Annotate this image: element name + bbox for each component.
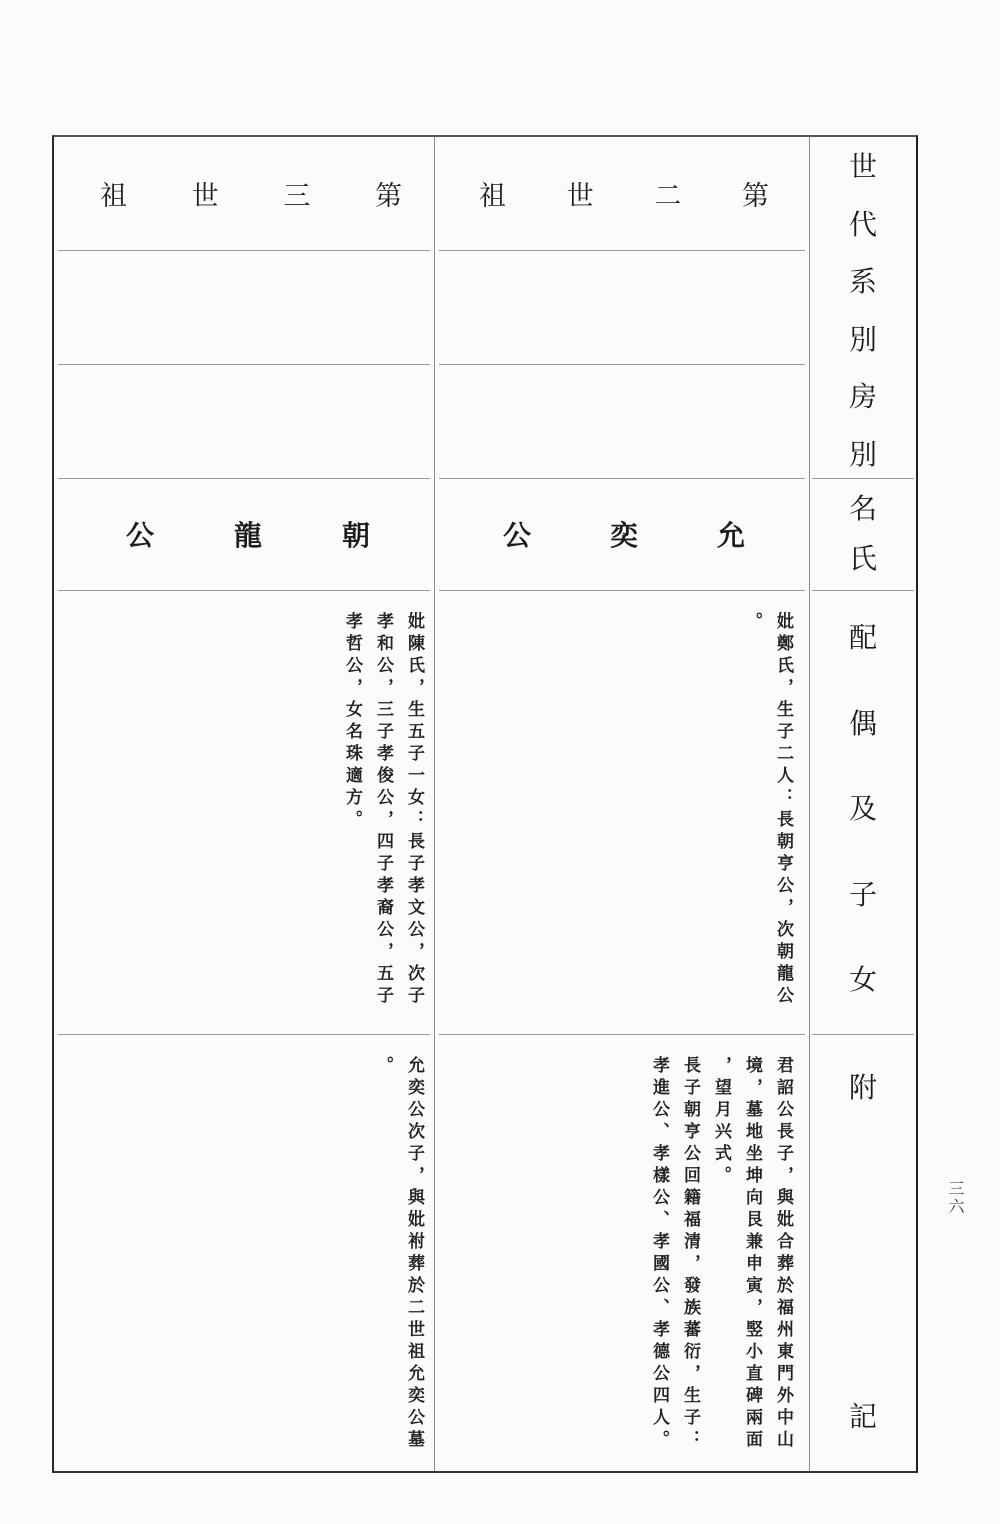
notes-line: 。: [368, 1056, 397, 1078]
name-char: 公: [126, 514, 154, 554]
heading-char: 第: [375, 174, 402, 213]
notes-cell: 允奕公次子，與妣祔葬於二世祖允奕公墓 。: [58, 1034, 430, 1471]
label-char: 記: [849, 1403, 877, 1431]
branch-blank-cell: [58, 364, 430, 478]
notes-line: 孝進公、孝樣公、孝國公、孝德公四人。: [644, 1056, 673, 1452]
spouse-children-cell: 妣陳氏，生五子一女：長子孝文公，次子 孝和公，三子孝俊公，四子孝裔公，五子 孝哲…: [58, 590, 430, 1034]
heading-char: 祖: [100, 174, 127, 213]
ancestor-name: 朝 龍 公: [58, 478, 430, 590]
name-char: 允: [717, 514, 745, 554]
notes-line: 境，墓地坐坤向艮兼申寅，竪小直碑兩面: [737, 1056, 766, 1452]
label-name: 名 氏: [810, 478, 916, 590]
column-third-generation: 第 三 世 祖 朝 龍 公 妣陳氏，生五子一女：長子孝文公，次子 孝和公，三子孝…: [54, 137, 435, 1471]
ancestor-name: 允 奕 公: [439, 478, 805, 590]
name-char: 奕: [610, 514, 638, 554]
label-char: 及: [849, 795, 877, 823]
name-char: 公: [503, 514, 531, 554]
label-char: 世: [849, 153, 877, 181]
spouse-children-line: 。: [737, 612, 766, 634]
page-number: 三六: [944, 1180, 967, 1216]
spouse-children-cell: 妣鄭氏，生子二人：長朝亨公，次朝龍公 。: [439, 590, 805, 1034]
name-cell: 允 奕 公: [439, 478, 805, 590]
heading-char: 祖: [479, 174, 506, 213]
label-char: 代: [849, 211, 877, 239]
spouse-children-line: 孝和公，三子孝俊公，四子孝裔公，五子: [368, 612, 397, 1008]
label-char: 別: [849, 326, 877, 354]
label-char: 女: [849, 966, 877, 994]
name-cell: 朝 龍 公: [58, 478, 430, 590]
genealogy-table: 第 三 世 祖 朝 龍 公 妣陳氏，生五子一女：長子孝文公，次子 孝和公，三子孝…: [52, 135, 918, 1473]
heading-char: 二: [654, 174, 681, 213]
label-char: 子: [849, 881, 877, 909]
generation-heading-cell: 第 二 世 祖: [439, 137, 805, 250]
name-char: 龍: [234, 514, 262, 554]
spouse-children-line: 孝哲公，女名珠適方。: [337, 612, 366, 832]
notes-line: ，望月兴式。: [706, 1056, 735, 1188]
label-spouse-children: 配 偶 及 子 女: [810, 590, 916, 1034]
heading-char: 世: [567, 174, 594, 213]
label-lineage-branch: 世 代 系 別 房 別: [810, 143, 916, 477]
label-notes: 附 記: [810, 1034, 916, 1471]
label-char: 偶: [849, 710, 877, 738]
label-char: 別: [849, 441, 877, 469]
column-row-labels: 世 代 系 別 房 別 名 氏 配 偶 及 子 女 附 記: [810, 137, 916, 1471]
generation-heading: 第 三 世 祖: [58, 137, 430, 250]
column-second-generation: 第 二 世 祖 允 奕 公 妣鄭氏，生子二人：長朝亨公，次朝龍公 。 君詔公長子…: [435, 137, 810, 1471]
label-char: 房: [849, 383, 877, 411]
name-char: 朝: [342, 514, 370, 554]
spouse-children-line: 妣鄭氏，生子二人：長朝亨公，次朝龍公: [768, 612, 797, 1008]
notes-line: 長子朝亨公回籍福清，發族蕃衍，生子：: [675, 1056, 704, 1452]
spouse-children-line: 妣陳氏，生五子一女：長子孝文公，次子: [399, 612, 428, 1008]
label-char: 附: [849, 1074, 877, 1102]
branch-blank-cell: [439, 364, 805, 478]
lineage-blank-cell: [58, 250, 430, 364]
generation-heading: 第 二 世 祖: [439, 137, 805, 250]
notes-line: 允奕公次子，與妣祔葬於二世祖允奕公墓: [399, 1056, 428, 1452]
heading-char: 第: [742, 174, 769, 213]
label-char: 系: [849, 268, 877, 296]
heading-char: 三: [283, 174, 310, 213]
generation-heading-cell: 第 三 世 祖: [58, 137, 430, 250]
label-char: 名: [849, 495, 877, 523]
label-char: 配: [849, 624, 877, 652]
notes-cell: 君詔公長子，與妣合葬於福州東門外中山 境，墓地坐坤向艮兼申寅，竪小直碑兩面 ，望…: [439, 1034, 805, 1471]
label-char: 氏: [849, 545, 877, 573]
lineage-blank-cell: [439, 250, 805, 364]
heading-char: 世: [192, 174, 219, 213]
notes-line: 君詔公長子，與妣合葬於福州東門外中山: [768, 1056, 797, 1452]
